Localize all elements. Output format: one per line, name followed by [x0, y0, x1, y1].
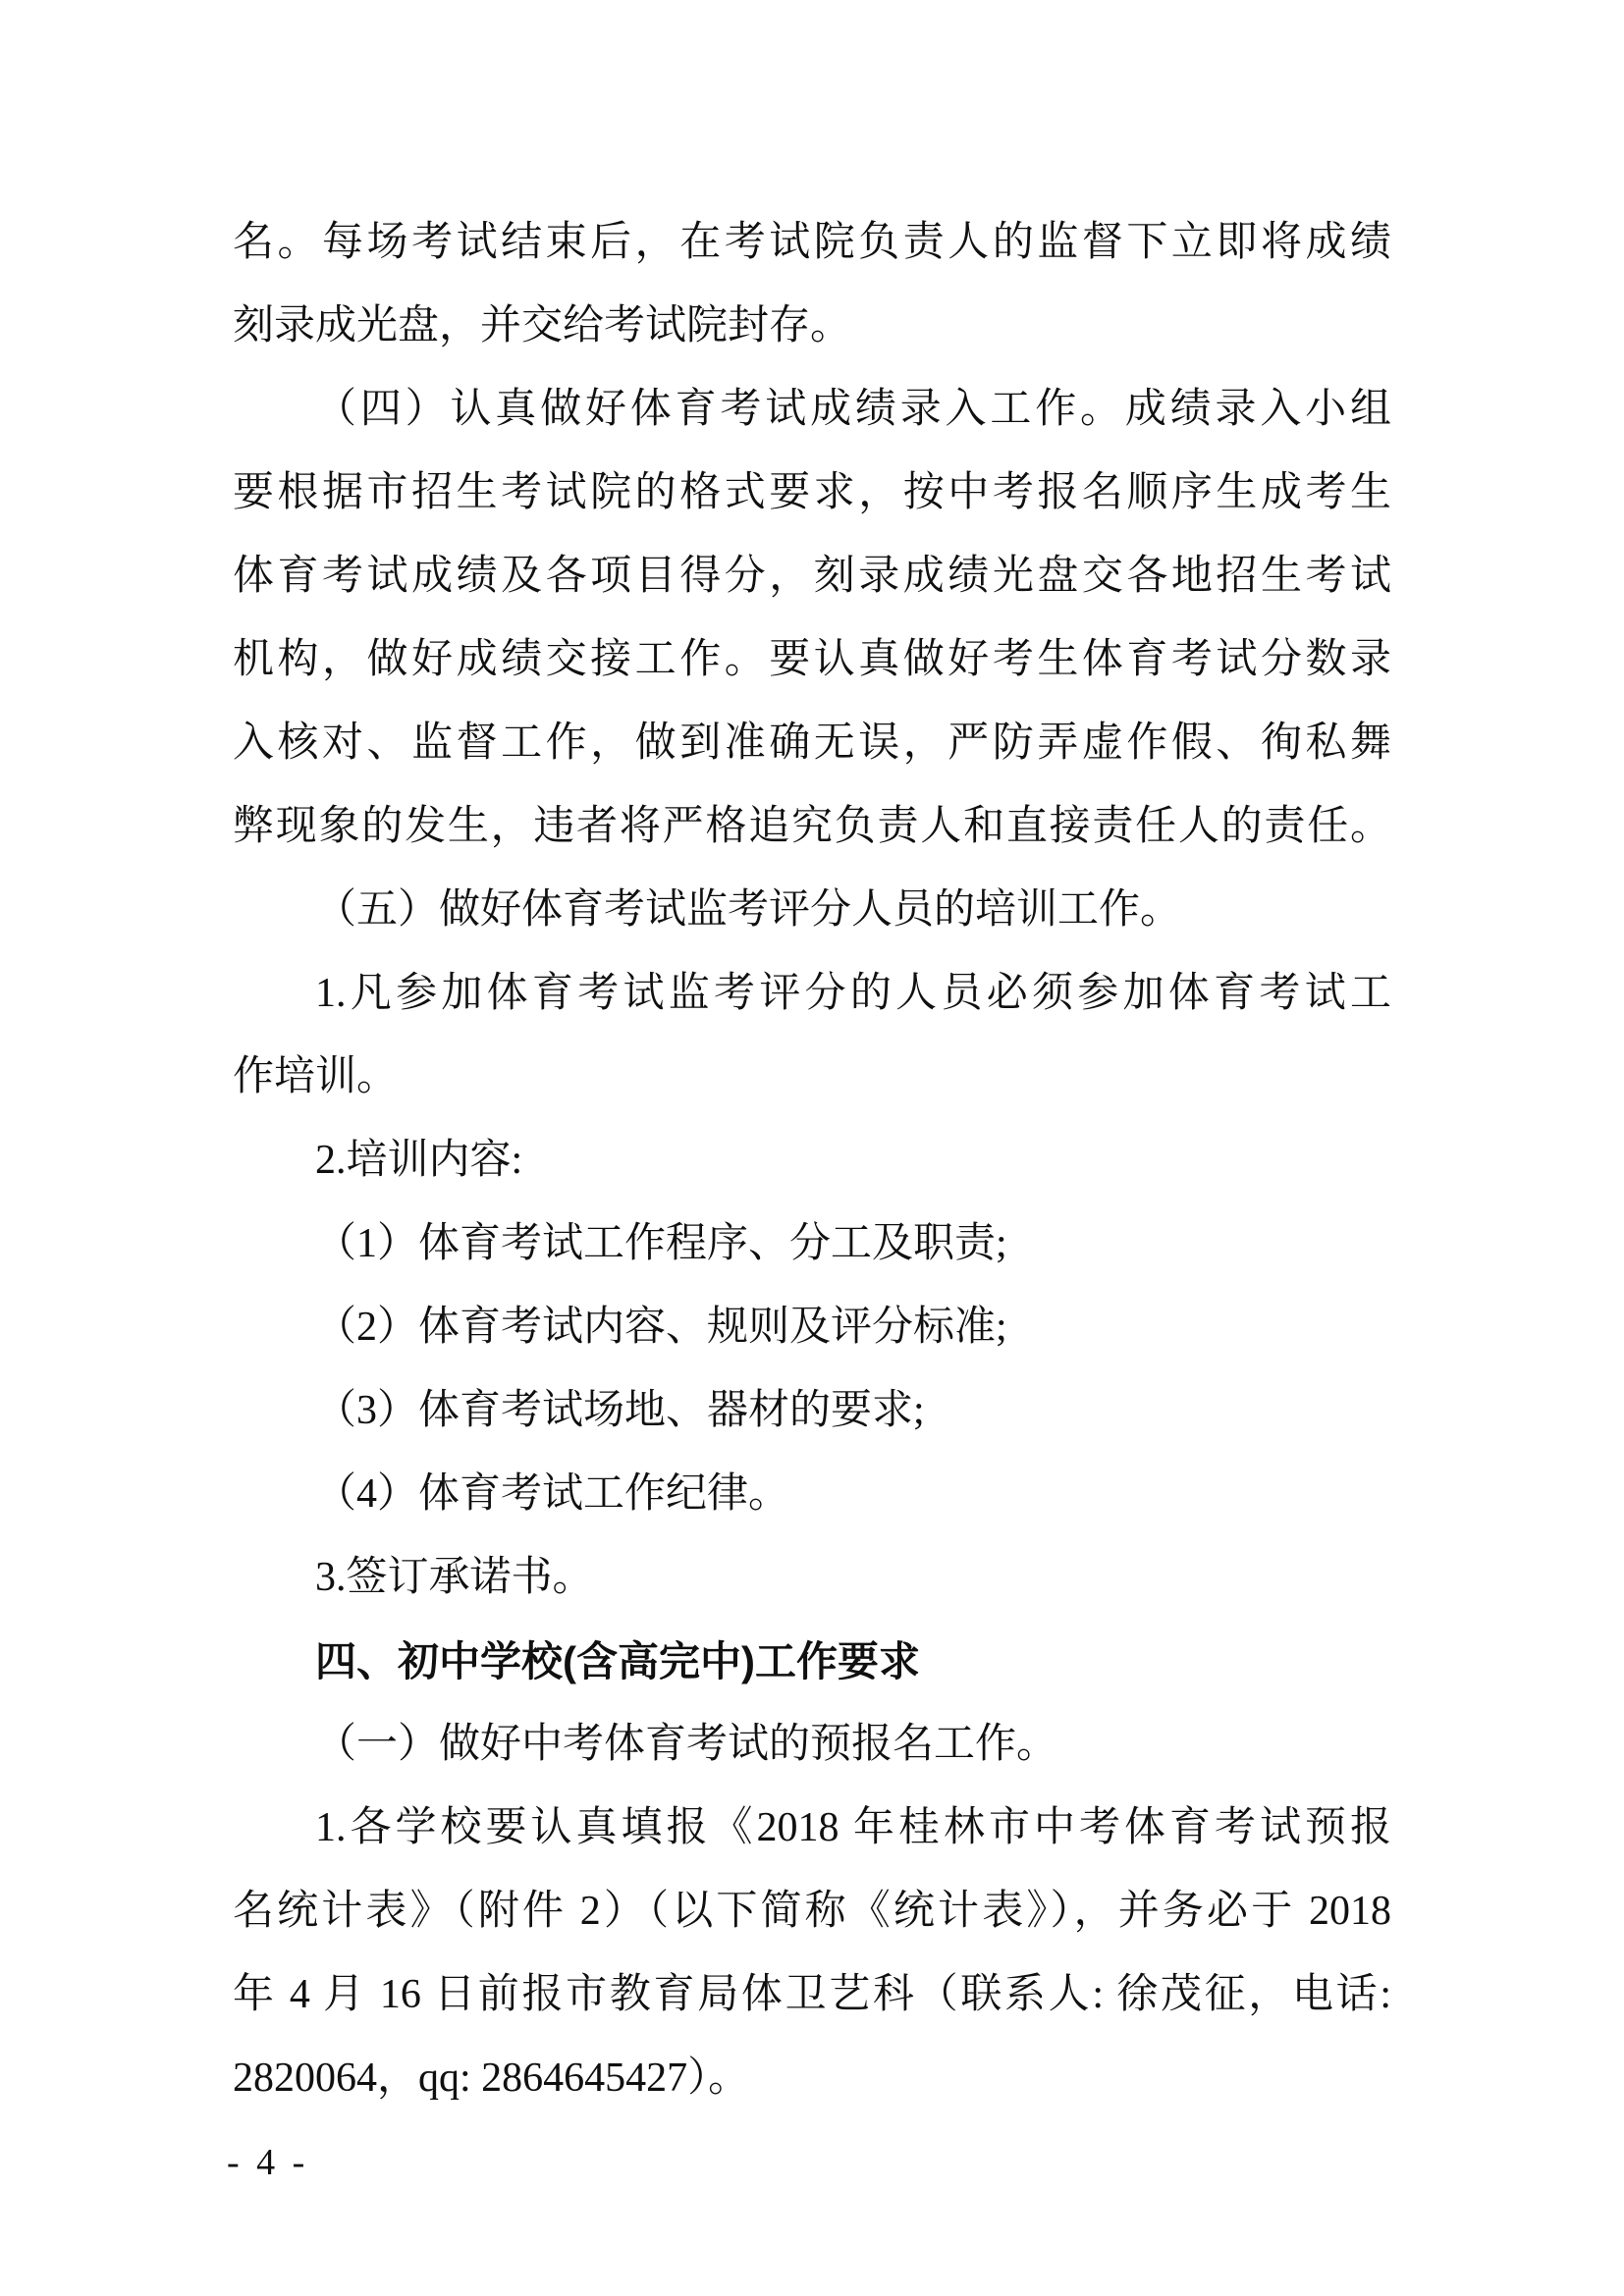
- text-line: 要根据市招生考试院的格式要求，按中考报名顺序生成考生: [233, 452, 1391, 535]
- text-line: 1.凡参加体育考试监考评分的人员必须参加体育考试工: [233, 952, 1391, 1036]
- text-line: 2.培训内容:: [233, 1119, 1391, 1202]
- text-line: 名。每场考试结束后，在考试院负责人的监督下立即将成绩: [233, 201, 1391, 285]
- text-line: （一）做好中考体育考试的预报名工作。: [233, 1703, 1391, 1787]
- text-line: 体育考试成绩及各项目得分，刻录成绩光盘交各地招生考试: [233, 535, 1391, 618]
- section-heading: 四、初中学校(含高完中)工作要求: [233, 1620, 1391, 1703]
- page-number: - 4 -: [227, 2140, 308, 2185]
- text-line: （五）做好体育考试监考评分人员的培训工作。: [233, 869, 1391, 952]
- text-line: 3.签订承诺书。: [233, 1536, 1391, 1620]
- text-line: 作培训。: [233, 1036, 1391, 1119]
- document-body: 名。每场考试结束后，在考试院负责人的监督下立即将成绩 刻录成光盘，并交给考试院封…: [233, 201, 1391, 2120]
- document-page: 名。每场考试结束后，在考试院负责人的监督下立即将成绩 刻录成光盘，并交给考试院封…: [0, 0, 1624, 2296]
- list-item-line: （3）体育考试场地、器材的要求;: [233, 1369, 1391, 1453]
- text-line: 名统计表》（附件 2）（以下简称《统计表》），并务必于 2018: [233, 1870, 1391, 1953]
- text-line: （四）认真做好体育考试成绩录入工作。成绩录入小组: [233, 368, 1391, 452]
- text-line: 机构，做好成绩交接工作。要认真做好考生体育考试分数录: [233, 618, 1391, 702]
- list-item-line: （1）体育考试工作程序、分工及职责;: [233, 1202, 1391, 1286]
- list-item-line: （4）体育考试工作纪律。: [233, 1453, 1391, 1536]
- text-line: 2820064，qq: 2864645427）。: [233, 2037, 1391, 2120]
- text-line: 弊现象的发生，违者将严格追究负责人和直接责任人的责任。: [233, 785, 1391, 869]
- list-item-line: （2）体育考试内容、规则及评分标准;: [233, 1286, 1391, 1369]
- text-line: 1.各学校要认真填报《2018 年桂林市中考体育考试预报: [233, 1787, 1391, 1870]
- text-line: 入核对、监督工作，做到准确无误，严防弄虚作假、徇私舞: [233, 702, 1391, 785]
- text-line: 年 4 月 16 日前报市教育局体卫艺科（联系人: 徐茂征，电话:: [233, 1953, 1391, 2037]
- text-line: 刻录成光盘，并交给考试院封存。: [233, 285, 1391, 368]
